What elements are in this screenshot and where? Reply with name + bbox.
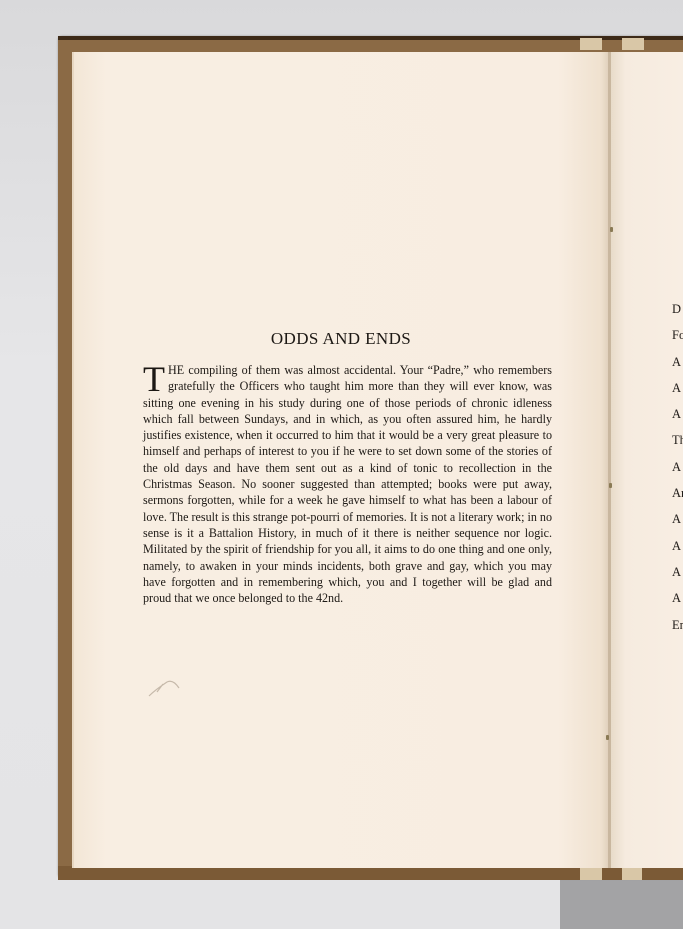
scan-background (560, 878, 683, 929)
contents-line: A (672, 355, 683, 381)
headband-top (580, 38, 602, 50)
binding-stitch (609, 483, 612, 488)
body-paragraph: THE compiling of them was almost acciden… (143, 362, 552, 606)
contents-line: A (672, 565, 683, 591)
contents-line: A (672, 407, 683, 433)
pencil-mark (145, 672, 185, 702)
binding-stitch (610, 227, 613, 232)
headband-bottom (622, 868, 642, 880)
headband-top (622, 38, 644, 50)
page-title: ODDS AND ENDS (72, 329, 610, 349)
drop-cap: T (143, 364, 165, 394)
contents-line: An (672, 486, 683, 512)
facing-page-contents: D Fo A A A Th A An A A A A En (672, 302, 683, 644)
contents-line: Th (672, 433, 683, 459)
contents-line: Fo (672, 328, 683, 354)
contents-line: A (672, 539, 683, 565)
contents-line: A (672, 381, 683, 407)
headband-bottom (580, 868, 602, 880)
contents-line: D (672, 302, 683, 328)
paragraph-text: HE compiling of them was almost accident… (143, 363, 552, 605)
contents-line: A (672, 512, 683, 538)
contents-line: A (672, 591, 683, 617)
contents-line: A (672, 460, 683, 486)
binding-stitch (606, 735, 609, 740)
contents-line: En (672, 618, 683, 644)
